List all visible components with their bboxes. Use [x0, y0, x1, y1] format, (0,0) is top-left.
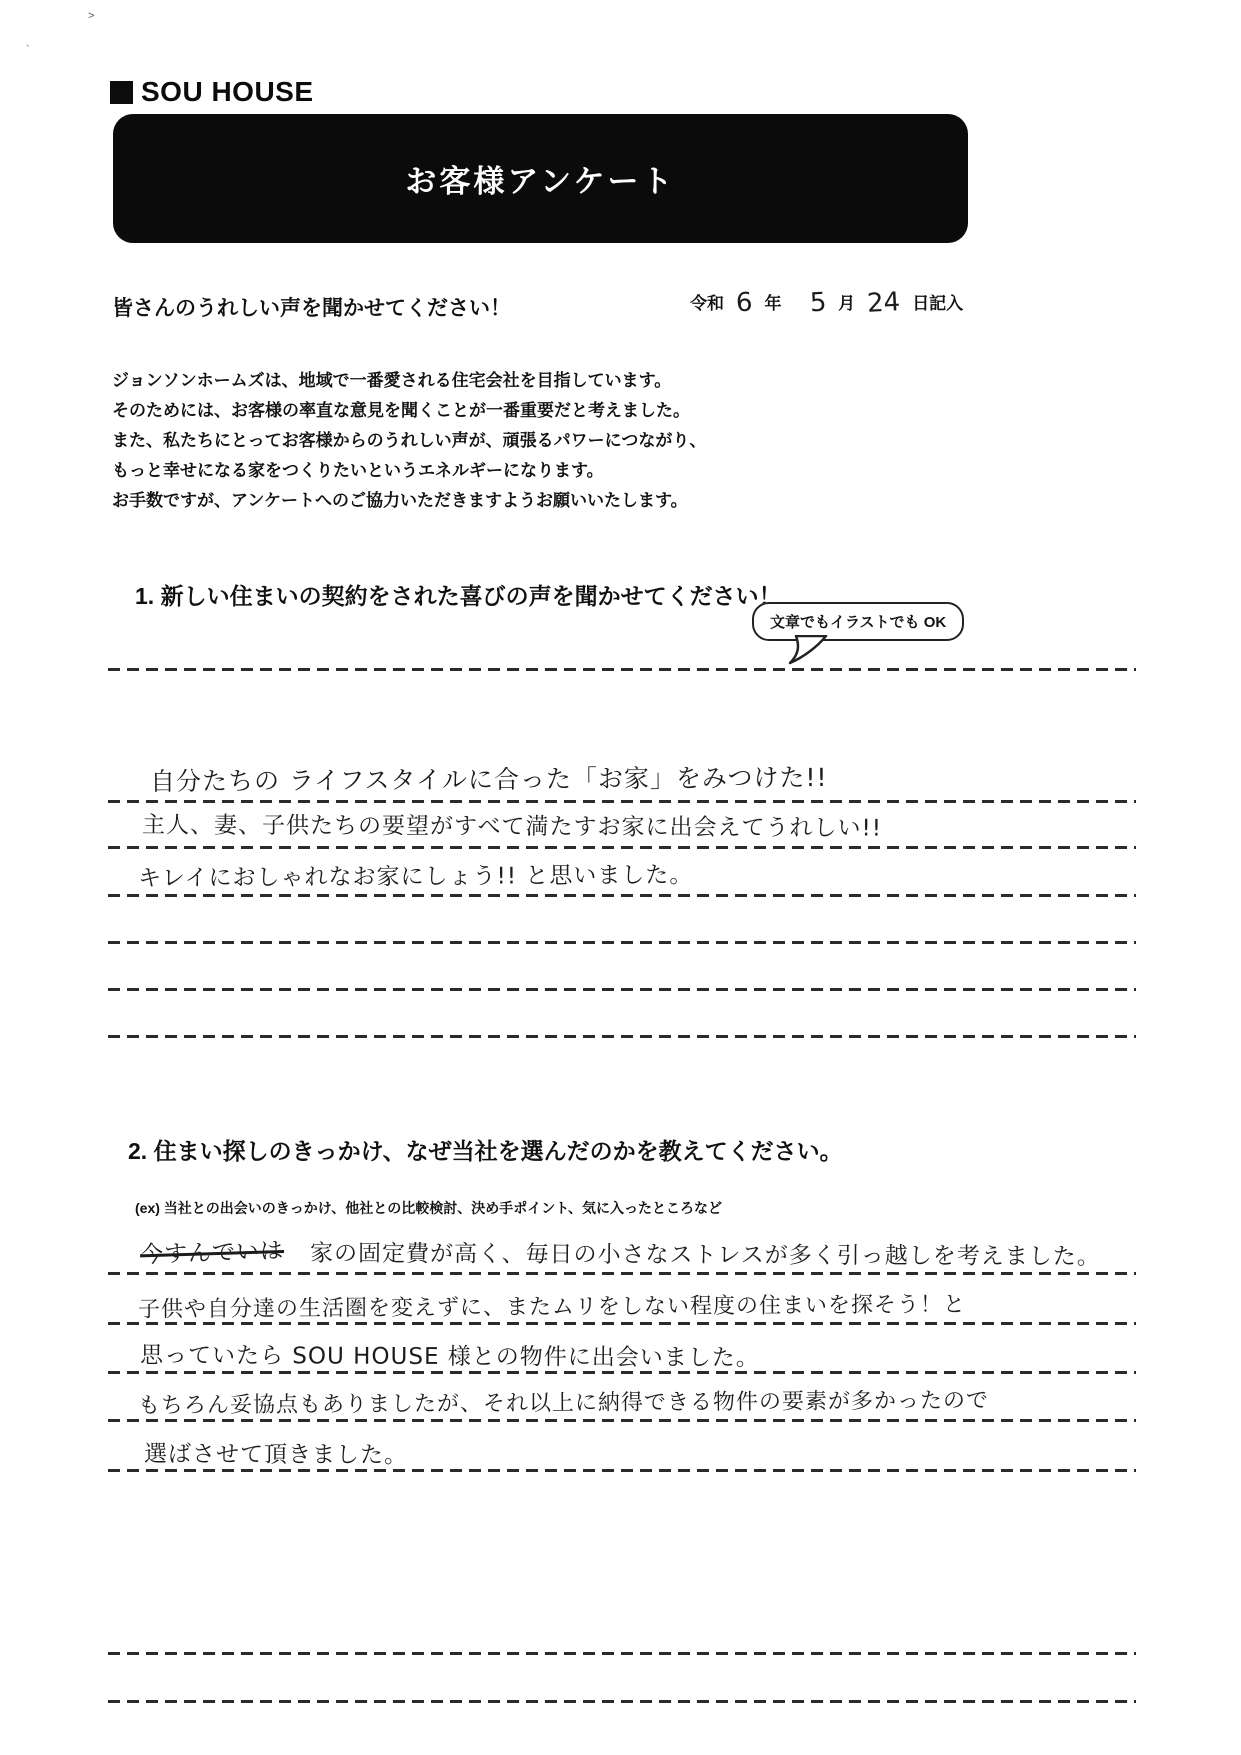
section2-heading: 2. 住まい探しのきっかけ、なぜ当社を選んだのかを教えてください。 [128, 1133, 843, 1166]
year-value-handwritten: 6 [735, 290, 753, 317]
handwritten-answer: 今すんでいは家の固定費が高く、毎日の小さなストレスが多く引っ越しを考えました。 [140, 1234, 1101, 1271]
handwritten-answer: 思っていたら SOU HOUSE 様との物件に出会いました。 [140, 1337, 760, 1373]
company-logo: SOU HOUSE [110, 76, 314, 108]
intro-line: そのためには、お客様の率直な意見を聞くことが一番重要だと考えました。 [112, 396, 706, 426]
handwritten-answer: もちろん妥協点もありましたが、それ以上に納得できる物件の要素が多かったので [138, 1383, 989, 1419]
answer-line [108, 988, 1136, 991]
handwritten-answer: 主人、妻、子供たちの要望がすべて満たすお家に出会えてうれしい!! [142, 806, 882, 842]
hint-bubble-text: 文章でもイラストでも OK [770, 614, 946, 631]
banner: お客様アンケート [113, 114, 968, 243]
page-title: お客様アンケート [405, 156, 675, 201]
answer-line [108, 1469, 1136, 1472]
answer-line [108, 1700, 1136, 1703]
intro-line: もっと幸せになる家をつくりたいというエネルギーになります。 [112, 456, 706, 486]
month-value-handwritten: 5 [809, 290, 827, 317]
scan-artifact: ` [26, 44, 30, 56]
scan-artifact: ˃ [88, 10, 94, 22]
answer-text: 家の固定費が高く、毎日の小さなストレスが多く引っ越しを考えました。 [310, 1241, 1101, 1270]
day-label: 日記入 [912, 289, 963, 316]
logo-text: SOU HOUSE [141, 76, 314, 108]
handwritten-answer: 選ばさせて頂きました。 [144, 1435, 408, 1469]
strikethrough-text: 今すんでいは [140, 1232, 285, 1269]
day-value-handwritten: 24 [866, 289, 900, 317]
intro-line: お手数ですが、アンケートへのご協力いただきますようお願いいたします。 [112, 486, 706, 516]
answer-line [108, 941, 1136, 944]
answer-line [108, 1035, 1136, 1038]
year-label: 年 [765, 289, 782, 316]
answer-line [108, 1272, 1136, 1275]
answer-line [108, 668, 1136, 671]
hint-bubble: 文章でもイラストでも OK [752, 602, 964, 641]
handwritten-answer: 子供や自分達の生活圏を変えずに、またムリをしない程度の住まいを探そう！と [138, 1287, 966, 1323]
intro-paragraph: ジョンソンホームズは、地域で一番愛される住宅会社を目指しています。 そのためには… [112, 366, 706, 516]
date-line: 令和 6 年 5 月 24 日記入 [690, 289, 963, 316]
handwritten-answer: 自分たちの ライフスタイルに合った「お家」をみつけた!! [150, 758, 828, 798]
intro-line: また、私たちにとってお客様からのうれしい声が、頑張るパワーにつながり、 [112, 426, 706, 456]
bubble-tail-icon [788, 635, 830, 665]
handwritten-answer: キレイにおしゃれなお家にしょう!! と思いました。 [138, 856, 694, 892]
greeting-text: 皆さんのうれしい声を聞かせてください！ [112, 292, 511, 322]
survey-page: ˃ ` SOU HOUSE お客様アンケート 皆さんのうれしい声を聞かせてくださ… [0, 0, 1241, 1755]
answer-line [108, 846, 1136, 849]
intro-line: ジョンソンホームズは、地域で一番愛される住宅会社を目指しています。 [112, 366, 706, 396]
era-label: 令和 [690, 289, 724, 316]
logo-square-icon [110, 81, 133, 104]
answer-line [108, 1652, 1136, 1655]
answer-line [108, 1419, 1136, 1422]
section1-heading: 1. 新しい住まいの契約をされた喜びの声を聞かせてください！ [135, 578, 782, 611]
example-note: (ex) 当社との出会いのきっかけ、他社との比較検討、決め手ポイント、気に入った… [135, 1198, 722, 1218]
month-label: 月 [838, 289, 855, 316]
answer-line [108, 800, 1136, 803]
answer-line [108, 894, 1136, 897]
